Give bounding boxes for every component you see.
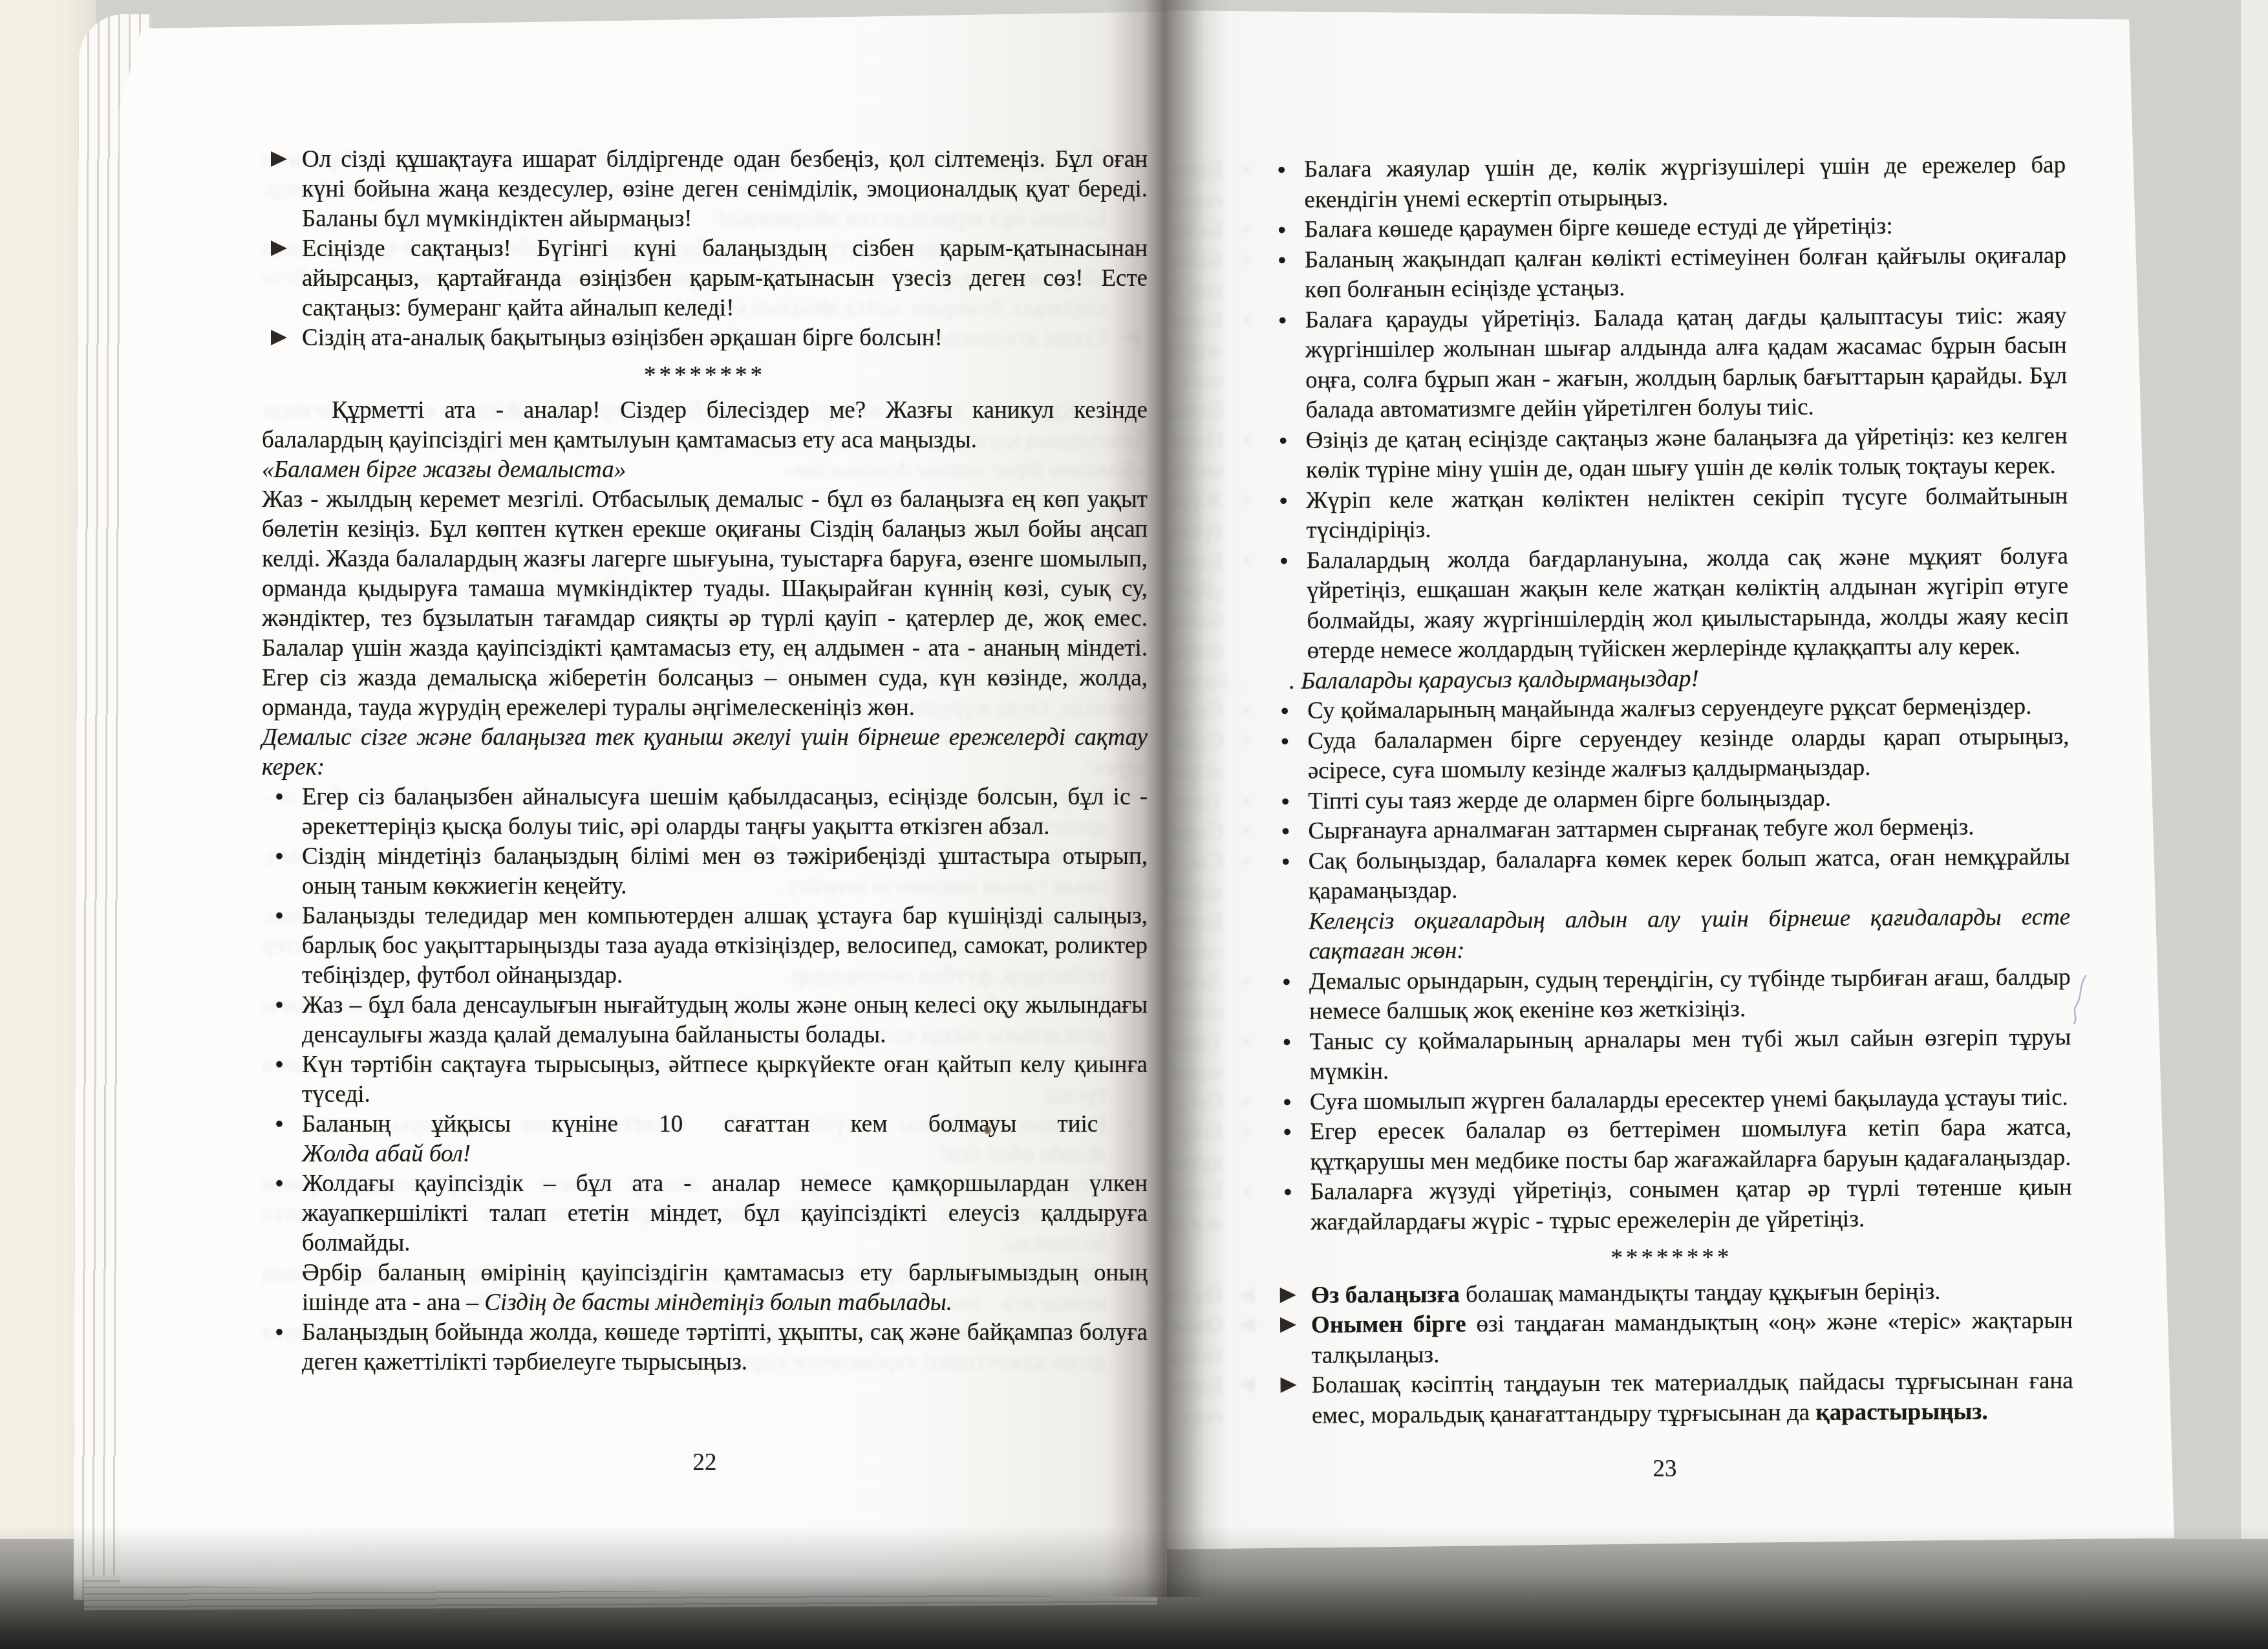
item-text: Жүріп келе жатқан көліктен неліктен секі… [1306,482,2068,544]
item-text: Таныс су қоймаларының арналары мен түбі … [1309,1024,2071,1085]
left_page-bullet-dot: •Егер сіз балаңызбен айналысуға шешім қа… [262,782,1148,842]
item-text: Балаңызды теледидар мен компьютерден алш… [302,903,1148,989]
asterisk-separator: ******** [1270,1240,2072,1275]
text-run: Күн тәртібін сақтауға тырысыңыз, әйтпесе… [302,1051,1148,1108]
text-run: Құрметті ата - аналар! Сіздер білесіздер… [262,397,1148,453]
dot-bullet-icon: • [275,1318,284,1348]
text-run: Демалыс сізге және балаңызға тек қуаныш … [262,724,1148,781]
left-page: Ол сізді құшақтауға ишарат білдіргенде о… [120,12,1167,1597]
item-text: Келеңсіз оқиғалардың алдын алу үшін бірн… [1309,903,2070,965]
right-page-text-column: •Балаға жаяулар үшін де, көлік жүргізуші… [1264,150,2073,1431]
text-run: болашақ мамандықты таңдау құқығын беріңі… [1459,1278,1940,1308]
text-run: Балаға жаяулар үшін де, көлік жүргізушіл… [1304,151,2066,213]
right_page-bullet-dot: •Балаға көшеде қараумен бірге көшеде ест… [1265,210,2066,245]
arrow-bullet-icon [271,241,287,256]
text-run: . Балаларды қараусыз қалдырмаңыздар! [1289,665,1699,694]
bleed-through-ghost: •Балаға жаяулар үшін де, көлік жүргізуші… [1167,155,1264,1431]
right_page-bullet-dot: •Суда балалармен бірге серуендеу кезінде… [1267,722,2070,787]
text-run: Сақ болыңыздар, балаларға көмек керек бо… [1309,843,2070,905]
text-run: Келеңсіз оқиғалардың алдын алу үшін бірн… [1309,903,2070,965]
dot-bullet-icon: • [275,991,284,1020]
dot-bullet-icon: • [1282,1027,1291,1057]
item-text: Ол сізді құшақтауға ишарат білдіргенде о… [302,146,1148,232]
right_page-bullet-dot: •Таныс су қоймаларының арналары мен түбі… [1269,1022,2071,1088]
item-text: Су қоймаларының маңайында жалғыз серуенд… [1307,693,2031,724]
right_page-bullet-arrow: Өз балаңызға болашақ мамандықты таңдау қ… [1271,1276,2073,1311]
text-run: Онымен бірге [1311,1311,1466,1338]
dot-bullet-icon: • [275,782,284,812]
dot-bullet-icon: • [275,1110,284,1139]
item-text: Суға шомылып жүрген балаларды ересектер … [1310,1084,2068,1115]
text-run: Сіздің де басты міндетіңіз болып табылад… [484,1289,952,1316]
item-text: Онымен бірге өзі таңдаған мамандықтың «о… [1311,1307,2073,1368]
dot-bullet-icon: • [1281,846,1290,877]
arrow-bullet-icon [271,151,287,167]
dot-bullet-icon: • [1283,1087,1292,1117]
right_page-bullet-dot: •Егер ересек балалар өз беттерімен шомыл… [1270,1112,2072,1178]
dot-bullet-icon: • [275,1169,284,1199]
text-run: Егер ересек балалар өз беттерімен шомылу… [1310,1114,2071,1175]
paper-speck [984,1126,991,1134]
item-text: Болашақ кәсіптің таңдауын тек материалды… [1311,1367,2073,1428]
item-text: Сіздің міндетіңіз балаңыздың білімі мен … [302,843,1148,900]
item-text: Жолдағы қауіпсіздік – бұл ата - аналар н… [302,1170,1148,1256]
arrow-bullet-icon [1281,1377,1297,1393]
left_page-bullet-dot: •Жолдағы қауіпсіздік – бұл ата - аналар … [262,1169,1148,1258]
right_page-bullet-dot: •Сақ болыңыздар, балаларға көмек керек б… [1268,842,2071,907]
right_page-cont-sm: . Балаларды қараусыз қалдырмаңыздар! [1267,662,2069,696]
pen-mark [2066,973,2092,1025]
arrow-bullet-icon [271,330,287,345]
item-text: Жаз - жылдың керемет мезгілі. Отбасылық … [262,486,1148,721]
left_page-bullet-arrow: Ол сізді құшақтауға ишарат білдіргенде о… [262,145,1148,234]
left-page-text-column: Ол сізді құшақтауға ишарат білдіргенде о… [262,145,1148,1377]
item-text: Есіңізде сақтаңыз! Бүгінгі күні балаңызд… [302,235,1148,321]
item-text: Сырғанауға арналмаған заттармен сырғанақ… [1308,814,1974,844]
item-text: Тіпті суы таяз жерде де олармен бірге бо… [1308,784,1831,814]
arrow-bullet-icon [1280,1287,1296,1302]
right_page-bullet-dot: •Балаларға жүзуді үйретіңіз, сонымен қат… [1270,1172,2073,1238]
scanner-background-right [2241,0,2268,1649]
asterisk-separator: ******** [262,361,1148,391]
dot-bullet-icon: • [275,1050,284,1080]
right_page-bullet-arrow: Болашақ кәсіптің таңдауын тек материалды… [1271,1366,2073,1431]
dot-bullet-icon: • [1280,696,1289,727]
left_page-line: «Баламен бірге жазғы демалыста» [262,455,1148,485]
item-text: Демалыс сізге және балаңызға тек қуаныш … [262,724,1148,781]
right_page-bullet-dot: •Балаға жаяулар үшін де, көлік жүргізуші… [1264,150,2066,215]
dot-bullet-icon: • [1279,546,1289,576]
text-run: Таныс су қоймаларының арналары мен түбі … [1309,1024,2071,1085]
right-page: •Балаға жаяулар үшін де, көлік жүргізуші… [1167,0,2176,1560]
text-run: Сіздің ата-аналық бақытыңыз өзіңізбен әр… [302,325,943,351]
left_page-bullet-arrow: Есіңізде сақтаңыз! Бүгінгі күні балаңызд… [262,234,1148,323]
dot-bullet-icon: • [275,901,284,931]
left-page-number: 22 [262,1449,1148,1476]
dot-bullet-icon: • [1283,1117,1292,1148]
text-run: Су қоймаларының маңайында жалғыз серуенд… [1307,693,2031,724]
item-text: Әрбір баланың өмірінің қауіпсіздігін қам… [302,1260,1148,1316]
right_page-bullet-dot: •Балаға қарауды үйретіңіз. Балада қатаң … [1265,301,2067,426]
dot-bullet-icon: • [1280,726,1289,757]
item-text: Сіздің ата-аналық бақытыңыз өзіңізбен әр… [302,325,943,351]
text-run: Сіздің міндетіңіз балаңыздың білімі мен … [302,843,1148,900]
left_page-bullet-dot: •Сіздің міндетіңіз балаңыздың білімі мен… [262,842,1148,901]
text-run: Есіңізде сақтаңыз! Бүгінгі күні балаңызд… [302,235,1148,321]
item-text: Балаға көшеде қараумен бірге көшеде есту… [1305,213,1893,243]
text-run: Балаға қарауды үйретіңіз. Балада қатаң д… [1305,302,2067,424]
left_page-cont: Әрбір баланың өмірінің қауіпсіздігін қам… [262,1258,1148,1318]
left_page-bullet-dot: •Жаз – бұл бала денсаулығын нығайтудың ж… [262,991,1148,1050]
item-text: Баланың жақындап қалған көлікті естімеуі… [1305,242,2066,303]
text-run: Баланың ұйқысы күніне 10 сағаттан кем бо… [302,1111,1098,1137]
text-run: Баланың жақындап қалған көлікті естімеуі… [1305,242,2066,303]
dot-bullet-icon: • [1278,305,1287,336]
item-text: Балаға қарауды үйретіңіз. Балада қатаң д… [1305,302,2067,424]
item-text: Өзіңіз де қатаң есіңізде сақтаңыз және б… [1306,422,2068,484]
left_page-bullet-dot: •Балаңызды теледидар мен компьютерден ал… [262,901,1148,991]
right_page-bullet-dot: •Суға шомылып жүрген балаларды ересектер… [1270,1083,2071,1117]
item-text: Егер сіз балаңызбен айналысуға шешім қаб… [302,784,1148,840]
arrow-bullet-icon [1280,1317,1296,1333]
item-text: Жаз – бұл бала денсаулығын нығайтудың жо… [302,992,1148,1048]
item-text: Балалардың жолда бағдарлануына, жолда са… [1307,543,2069,664]
right_page-bullet-dot: •Баланың жақындап қалған көлікті естімеу… [1265,241,2067,306]
dot-bullet-icon: • [275,842,284,872]
text-run: Өз балаңызға [1311,1281,1460,1308]
item-text: Балаға жаяулар үшін де, көлік жүргізушіл… [1304,151,2066,213]
text-run: Тіпті суы таяз жерде де олармен бірге бо… [1308,784,1831,814]
left_page-bullet-dot: •Күн тәртібін сақтауға тырысыңыз, әйтпес… [262,1050,1148,1110]
dot-bullet-icon: • [1278,245,1287,275]
text-run: Суға шомылып жүрген балаларды ересектер … [1310,1084,2068,1115]
left_page-bullet-dot: •Балаңыздың бойында жолда, көшеде тәртіп… [262,1318,1148,1377]
text-run: Жүріп келе жатқан көліктен неліктен секі… [1306,482,2068,544]
item-text: Күн тәртібін сақтауға тырысыңыз, әйтпесе… [302,1051,1148,1108]
item-text: Өз балаңызға болашақ мамандықты таңдау қ… [1311,1278,1941,1308]
left_page-para: Жаз - жылдың керемет мезгілі. Отбасылық … [262,485,1148,723]
text-run: «Баламен бірге жазғы демалыста» [262,457,626,483]
text-run: Жолда абай бол! [302,1141,471,1167]
dot-bullet-icon: • [1281,817,1290,847]
text-run: Балалардың жолда бағдарлануына, жолда са… [1307,543,2069,664]
item-text: Егер ересек балалар өз беттерімен шомылу… [1310,1114,2071,1175]
right-page-number: 23 [1264,1455,2066,1483]
text-run: Балаңызды теледидар мен компьютерден алш… [302,903,1148,989]
right_page-bullet-dot: •Сырғанауға арналмаған заттармен сырғана… [1268,812,2070,846]
dot-bullet-icon: • [1279,426,1288,456]
text-run: Балаға көшеде қараумен бірге көшеде есту… [1305,213,1893,243]
text-run: Демалыс орындарын, судың тереңдігін, су … [1309,964,2071,1025]
item-text: Құрметті ата - аналар! Сіздер білесіздер… [262,397,1148,453]
item-text: «Баламен бірге жазғы демалыста» [262,457,626,483]
item-text: . Балаларды қараусыз қалдырмаңыздар! [1289,665,1699,694]
item-text: Балаларға жүзуді үйретіңіз, сонымен қата… [1311,1174,2072,1235]
dot-bullet-icon: • [1283,1178,1292,1208]
item-text: Сақ болыңыздар, балаларға көмек керек бо… [1309,843,2070,905]
scanned-book-spread: Ол сізді құшақтауға ишарат білдіргенде о… [0,0,2268,1649]
right_page-bullet-dot: •Тіпті суы таяз жерде де олармен бірге б… [1268,782,2070,817]
text-run: Жаз – бұл бала денсаулығын нығайтудың жо… [302,992,1148,1048]
dot-bullet-icon: • [1277,155,1286,186]
dot-bullet-icon: • [1278,215,1287,246]
item-text: Баланың ұйқысы күніне 10 сағаттан кем бо… [302,1111,1098,1167]
text-run: Сырғанауға арналмаған заттармен сырғанақ… [1308,814,1974,844]
text-run: Ол сізді құшақтауға ишарат білдіргенде о… [302,146,1148,232]
right_page-bullet-dot: •Өзіңіз де қатаң есіңізде сақтаңыз және … [1266,421,2068,486]
text-run: Жаз - жылдың керемет мезгілі. Отбасылық … [262,486,1148,721]
left_page-bullet-dot: •Баланың ұйқысы күніне 10 сағаттан кем б… [262,1110,1148,1169]
text-run: Суда балалармен бірге серуендеу кезінде … [1307,723,2069,784]
left_page-bullet-arrow: Сіздің ата-аналық бақытыңыз өзіңізбен әр… [262,323,1148,353]
item-text: Демалыс орындарын, судың тереңдігін, су … [1309,964,2071,1025]
text-run: Балаларға жүзуді үйретіңіз, сонымен қата… [1311,1174,2072,1235]
left_page-para: Демалыс сізге және балаңызға тек қуаныш … [262,723,1148,782]
dot-bullet-icon: • [1282,967,1291,997]
item-text: Суда балалармен бірге серуендеу кезінде … [1307,723,2069,784]
right_page-bullet-dot: •Су қоймаларының маңайында жалғыз серуен… [1267,691,2069,726]
dot-bullet-icon: • [1279,486,1288,516]
right_page-cont: Келеңсіз оқиғалардың алдын алу үшін бірн… [1268,902,2071,967]
right_page-bullet-dot: •Жүріп келе жатқан көліктен неліктен сек… [1266,481,2068,546]
text-run: қарастырыңыз. [1815,1398,1987,1426]
dot-bullet-icon: • [1281,786,1290,817]
right_page-bullet-dot: •Демалыс орындарын, судың тереңдігін, су… [1269,962,2071,1028]
left_page-para-indent: Құрметті ата - аналар! Сіздер білесіздер… [262,396,1148,455]
text-run: Балаңыздың бойында жолда, көшеде тәртіпт… [302,1319,1148,1375]
right_page-bullet-arrow: Онымен бірге өзі таңдаған мамандықтың «о… [1271,1306,2073,1371]
right_page-bullet-dot: •Балалардың жолда бағдарлануына, жолда с… [1267,541,2069,667]
text-run: Өзіңіз де қатаң есіңізде сақтаңыз және б… [1306,422,2068,484]
text-run: Жолдағы қауіпсіздік – бұл ата - аналар н… [302,1170,1148,1256]
item-text: Балаңыздың бойында жолда, көшеде тәртіпт… [302,1319,1148,1375]
text-run: Егер сіз балаңызбен айналысуға шешім қаб… [302,784,1148,840]
